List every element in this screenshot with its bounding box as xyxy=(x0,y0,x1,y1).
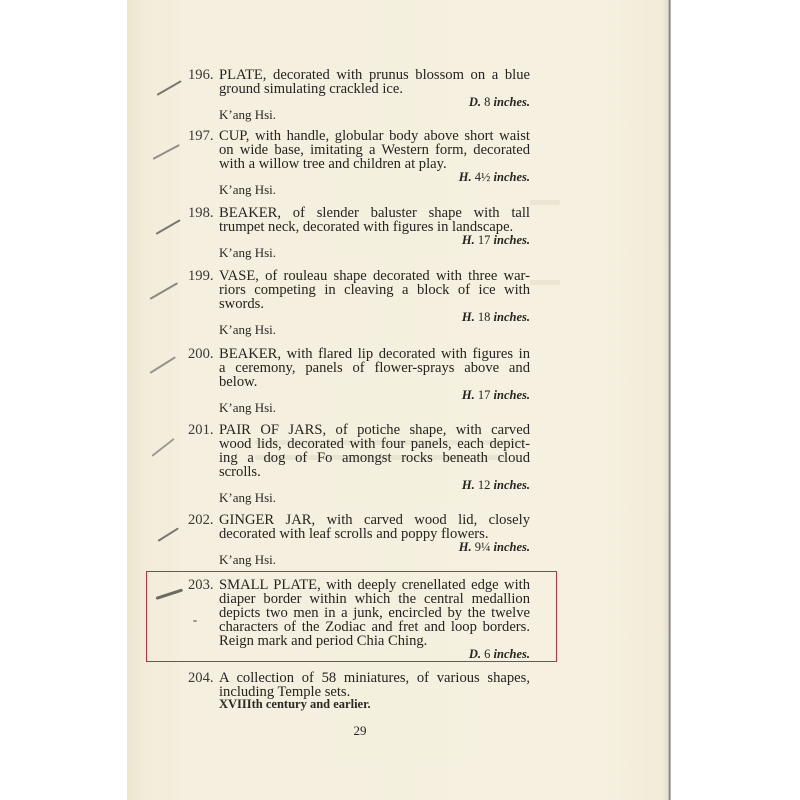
entry-dimension: D. 8 inches. xyxy=(469,95,530,109)
entry-description-line: riors competing in cleaving a block of i… xyxy=(219,283,530,297)
entry-period: K’ang Hsi. xyxy=(219,491,276,505)
entry-description-line: below. xyxy=(219,375,530,389)
dimension-letter: H. xyxy=(459,170,475,184)
entry-period: K’ang Hsi. xyxy=(219,108,276,122)
dimension-letter: H. xyxy=(459,540,475,554)
entry-number: 202. xyxy=(188,513,218,527)
dimension-value: 12 xyxy=(478,478,494,492)
entry-dimension: H. 4½ inches. xyxy=(459,170,530,184)
entry-description-line: on wide base, imitating a Western form, … xyxy=(219,143,530,157)
highlight-box xyxy=(146,571,557,662)
entry-period: K’ang Hsi. xyxy=(219,553,276,567)
entry-period: K’ang Hsi. xyxy=(219,246,276,260)
entry-number: 204. xyxy=(188,671,218,685)
dimension-value: 8 xyxy=(484,95,493,109)
entry-number: 197. xyxy=(188,129,218,143)
entry-description-line: ing a dog of Fo amongst rocks beneath cl… xyxy=(219,451,530,465)
entry-description-line: scrolls. xyxy=(219,465,530,479)
dimension-unit: inches. xyxy=(494,388,530,402)
entry-description-line: with a willow tree and children at play. xyxy=(219,157,530,171)
dimension-letter: H. xyxy=(462,388,478,402)
entry-number: 200. xyxy=(188,347,218,361)
entry-description-line: ground simulating crackled ice. xyxy=(219,82,530,96)
entry-dimension: H. 9¼ inches. xyxy=(459,540,530,554)
entry-number: 199. xyxy=(188,269,218,283)
dimension-value: 17 xyxy=(478,388,494,402)
entry-dimension: H. 12 inches. xyxy=(462,478,530,492)
entry-description-line: BEAKER, of slender baluster shape with t… xyxy=(219,206,530,220)
entry-number: 201. xyxy=(188,423,218,437)
entry-description-line: trumpet neck, decorated with figures in … xyxy=(219,220,530,234)
entry-description-line: swords. xyxy=(219,297,530,311)
dimension-unit: inches. xyxy=(494,233,530,247)
dimension-letter: H. xyxy=(462,478,478,492)
dimension-letter: D. xyxy=(469,95,484,109)
dimension-unit: inches. xyxy=(494,95,530,109)
entry-dimension: H. 17 inches. xyxy=(462,388,530,402)
entry-description-line: CUP, with handle, globular body above sh… xyxy=(219,129,530,143)
entry-description-line: BEAKER, with flared lip decorated with f… xyxy=(219,347,530,361)
entry-number: 196. xyxy=(188,68,218,82)
dimension-value: 4½ xyxy=(475,170,494,184)
entry-description-line: decorated with leaf scrolls and poppy fl… xyxy=(219,527,530,541)
entry-number: 198. xyxy=(188,206,218,220)
entry-period: K’ang Hsi. xyxy=(219,323,276,337)
dimension-letter: H. xyxy=(462,310,478,324)
dimension-value: 17 xyxy=(478,233,494,247)
bleed-through-text xyxy=(530,280,560,285)
entry-period: XVIIIth century and earlier. xyxy=(219,697,371,711)
dimension-letter: H. xyxy=(462,233,478,247)
entry-description-line: wood lids, decorated with four panels, e… xyxy=(219,437,530,451)
entry-description-line: GINGER JAR, with carved wood lid, closel… xyxy=(219,513,530,527)
bleed-through-text xyxy=(530,200,560,205)
entry-period: K’ang Hsi. xyxy=(219,183,276,197)
dimension-value: 18 xyxy=(478,310,494,324)
dimension-unit: inches. xyxy=(494,170,530,184)
dimension-value: 9¼ xyxy=(475,540,494,554)
entry-description-line: A collection of 58 miniatures, of variou… xyxy=(219,671,530,685)
dimension-unit: inches. xyxy=(494,478,530,492)
dimension-unit: inches. xyxy=(494,310,530,324)
entry-description-line: a ceremony, panels of flower-sprays abov… xyxy=(219,361,530,375)
dimension-unit: inches. xyxy=(494,540,530,554)
entry-description-line: PAIR OF JARS, of potiche shape, with car… xyxy=(219,423,530,437)
page-number: 29 xyxy=(350,723,370,739)
entry-dimension: H. 18 inches. xyxy=(462,310,530,324)
entry-dimension: H. 17 inches. xyxy=(462,233,530,247)
entry-description-line: VASE, of rouleau shape decorated with th… xyxy=(219,269,530,283)
entry-description-line: PLATE, decorated with prunus blossom on … xyxy=(219,68,530,82)
entry-period: K’ang Hsi. xyxy=(219,401,276,415)
